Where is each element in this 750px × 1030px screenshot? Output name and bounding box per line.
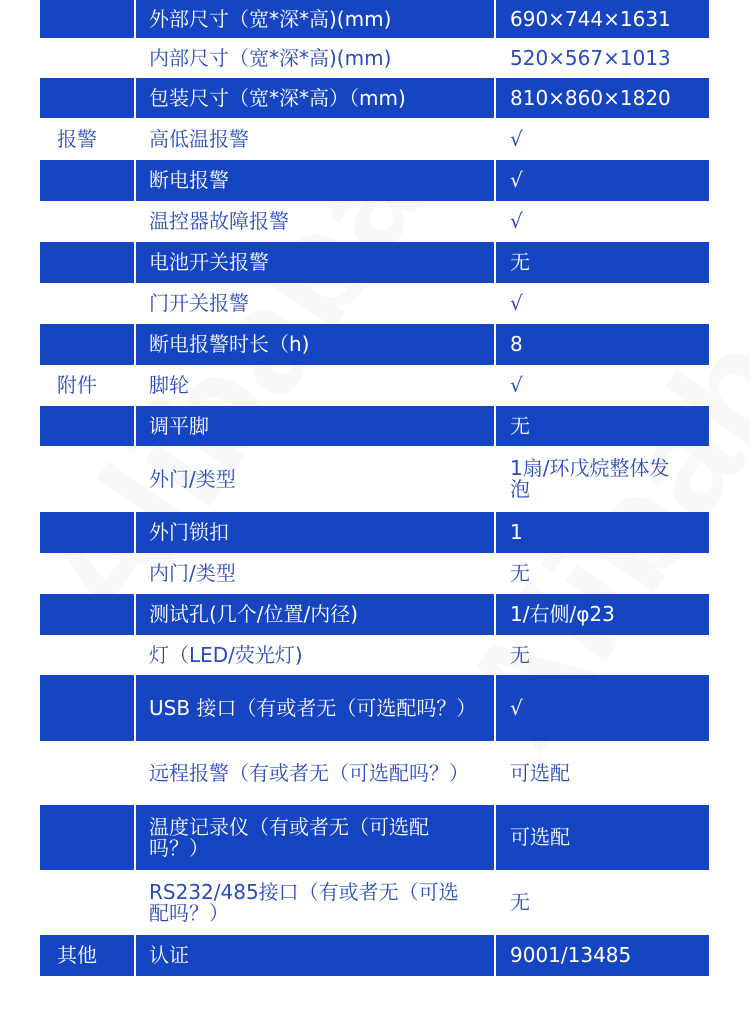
table-row: 外门锁扣 1: [40, 512, 709, 553]
value-cell: 无: [495, 406, 709, 446]
table-row: RS232/485接口（有或者无（可选配吗？） 无: [40, 870, 709, 935]
value-cell: √: [495, 118, 709, 160]
table-row: 断电报警时长（h) 8: [40, 324, 709, 365]
value-cell: √: [495, 160, 709, 201]
item-cell: 门开关报警: [135, 283, 495, 324]
table-row: 内门/类型 无: [40, 553, 709, 594]
table-row: USB 接口（有或者无（可选配吗？） √: [40, 675, 709, 741]
table-row: 报警 高低温报警 √: [40, 118, 709, 160]
category-cell: [40, 0, 135, 38]
table-row: 断电报警 √: [40, 160, 709, 201]
item-cell: 内门/类型: [135, 553, 495, 594]
item-cell: 高低温报警: [135, 118, 495, 160]
category-cell: [40, 741, 135, 805]
item-cell: 测试孔(几个/位置/内径): [135, 594, 495, 635]
value-cell: √: [495, 675, 709, 741]
item-cell: 灯（LED/荧光灯): [135, 635, 495, 675]
item-cell: 外门锁扣: [135, 512, 495, 553]
table-row: 电池开关报警 无: [40, 242, 709, 283]
category-cell: [40, 805, 135, 870]
table-row: 远程报警（有或者无（可选配吗？） 可选配: [40, 741, 709, 805]
item-cell: 包装尺寸（宽*深*高）（mm): [135, 78, 495, 118]
category-cell: [40, 635, 135, 675]
value-cell: 无: [495, 553, 709, 594]
value-cell: 690×744×1631: [495, 0, 709, 38]
value-cell: √: [495, 283, 709, 324]
table-row: 包装尺寸（宽*深*高）（mm) 810×860×1820: [40, 78, 709, 118]
value-cell: 1/右侧/φ23: [495, 594, 709, 635]
spec-table: 外部尺寸（宽*深*高)(mm) 690×744×1631 内部尺寸（宽*深*高)…: [40, 0, 709, 976]
category-cell: [40, 594, 135, 635]
table-row: 附件 脚轮 √: [40, 365, 709, 406]
value-cell: 无: [495, 870, 709, 935]
value-cell: 无: [495, 635, 709, 675]
item-cell: 外门/类型: [135, 446, 495, 512]
value-cell: 1扇/环戊烷整体发泡: [495, 446, 709, 512]
table-row: 外部尺寸（宽*深*高)(mm) 690×744×1631: [40, 0, 709, 38]
category-cell: [40, 406, 135, 446]
item-cell: 外部尺寸（宽*深*高)(mm): [135, 0, 495, 38]
value-cell: 1: [495, 512, 709, 553]
category-cell: [40, 242, 135, 283]
value-cell: 9001/13485: [495, 935, 709, 976]
item-cell: RS232/485接口（有或者无（可选配吗？）: [135, 870, 495, 935]
value-cell: 8: [495, 324, 709, 365]
value-cell: 可选配: [495, 741, 709, 805]
value-cell: √: [495, 365, 709, 406]
item-cell: 调平脚: [135, 406, 495, 446]
item-cell: 温控器故障报警: [135, 201, 495, 242]
table-row: 外门/类型 1扇/环戊烷整体发泡: [40, 446, 709, 512]
table-row: 其他 认证 9001/13485: [40, 935, 709, 976]
value-cell: √: [495, 201, 709, 242]
item-cell: USB 接口（有或者无（可选配吗？）: [135, 675, 495, 741]
category-cell: [40, 160, 135, 201]
category-cell: 报警: [40, 118, 135, 160]
value-cell: 520×567×1013: [495, 38, 709, 78]
category-cell: [40, 512, 135, 553]
category-cell: [40, 324, 135, 365]
table-row: 测试孔(几个/位置/内径) 1/右侧/φ23: [40, 594, 709, 635]
category-cell: [40, 283, 135, 324]
category-cell: [40, 38, 135, 78]
category-cell: [40, 201, 135, 242]
table-row: 内部尺寸（宽*深*高)(mm) 520×567×1013: [40, 38, 709, 78]
value-cell: 无: [495, 242, 709, 283]
category-cell: [40, 870, 135, 935]
item-cell: 内部尺寸（宽*深*高)(mm): [135, 38, 495, 78]
category-cell: [40, 675, 135, 741]
item-cell: 电池开关报警: [135, 242, 495, 283]
category-cell: 附件: [40, 365, 135, 406]
table-row: 温度记录仪（有或者无（可选配吗？） 可选配: [40, 805, 709, 870]
category-cell: [40, 446, 135, 512]
value-cell: 810×860×1820: [495, 78, 709, 118]
table-row: 门开关报警 √: [40, 283, 709, 324]
category-cell: [40, 553, 135, 594]
table-row: 温控器故障报警 √: [40, 201, 709, 242]
table-row: 灯（LED/荧光灯) 无: [40, 635, 709, 675]
item-cell: 脚轮: [135, 365, 495, 406]
category-cell: [40, 78, 135, 118]
category-cell: 其他: [40, 935, 135, 976]
item-cell: 认证: [135, 935, 495, 976]
table-row: 调平脚 无: [40, 406, 709, 446]
item-cell: 断电报警: [135, 160, 495, 201]
item-cell: 断电报警时长（h): [135, 324, 495, 365]
item-cell: 温度记录仪（有或者无（可选配吗？）: [135, 805, 495, 870]
item-cell: 远程报警（有或者无（可选配吗？）: [135, 741, 495, 805]
value-cell: 可选配: [495, 805, 709, 870]
